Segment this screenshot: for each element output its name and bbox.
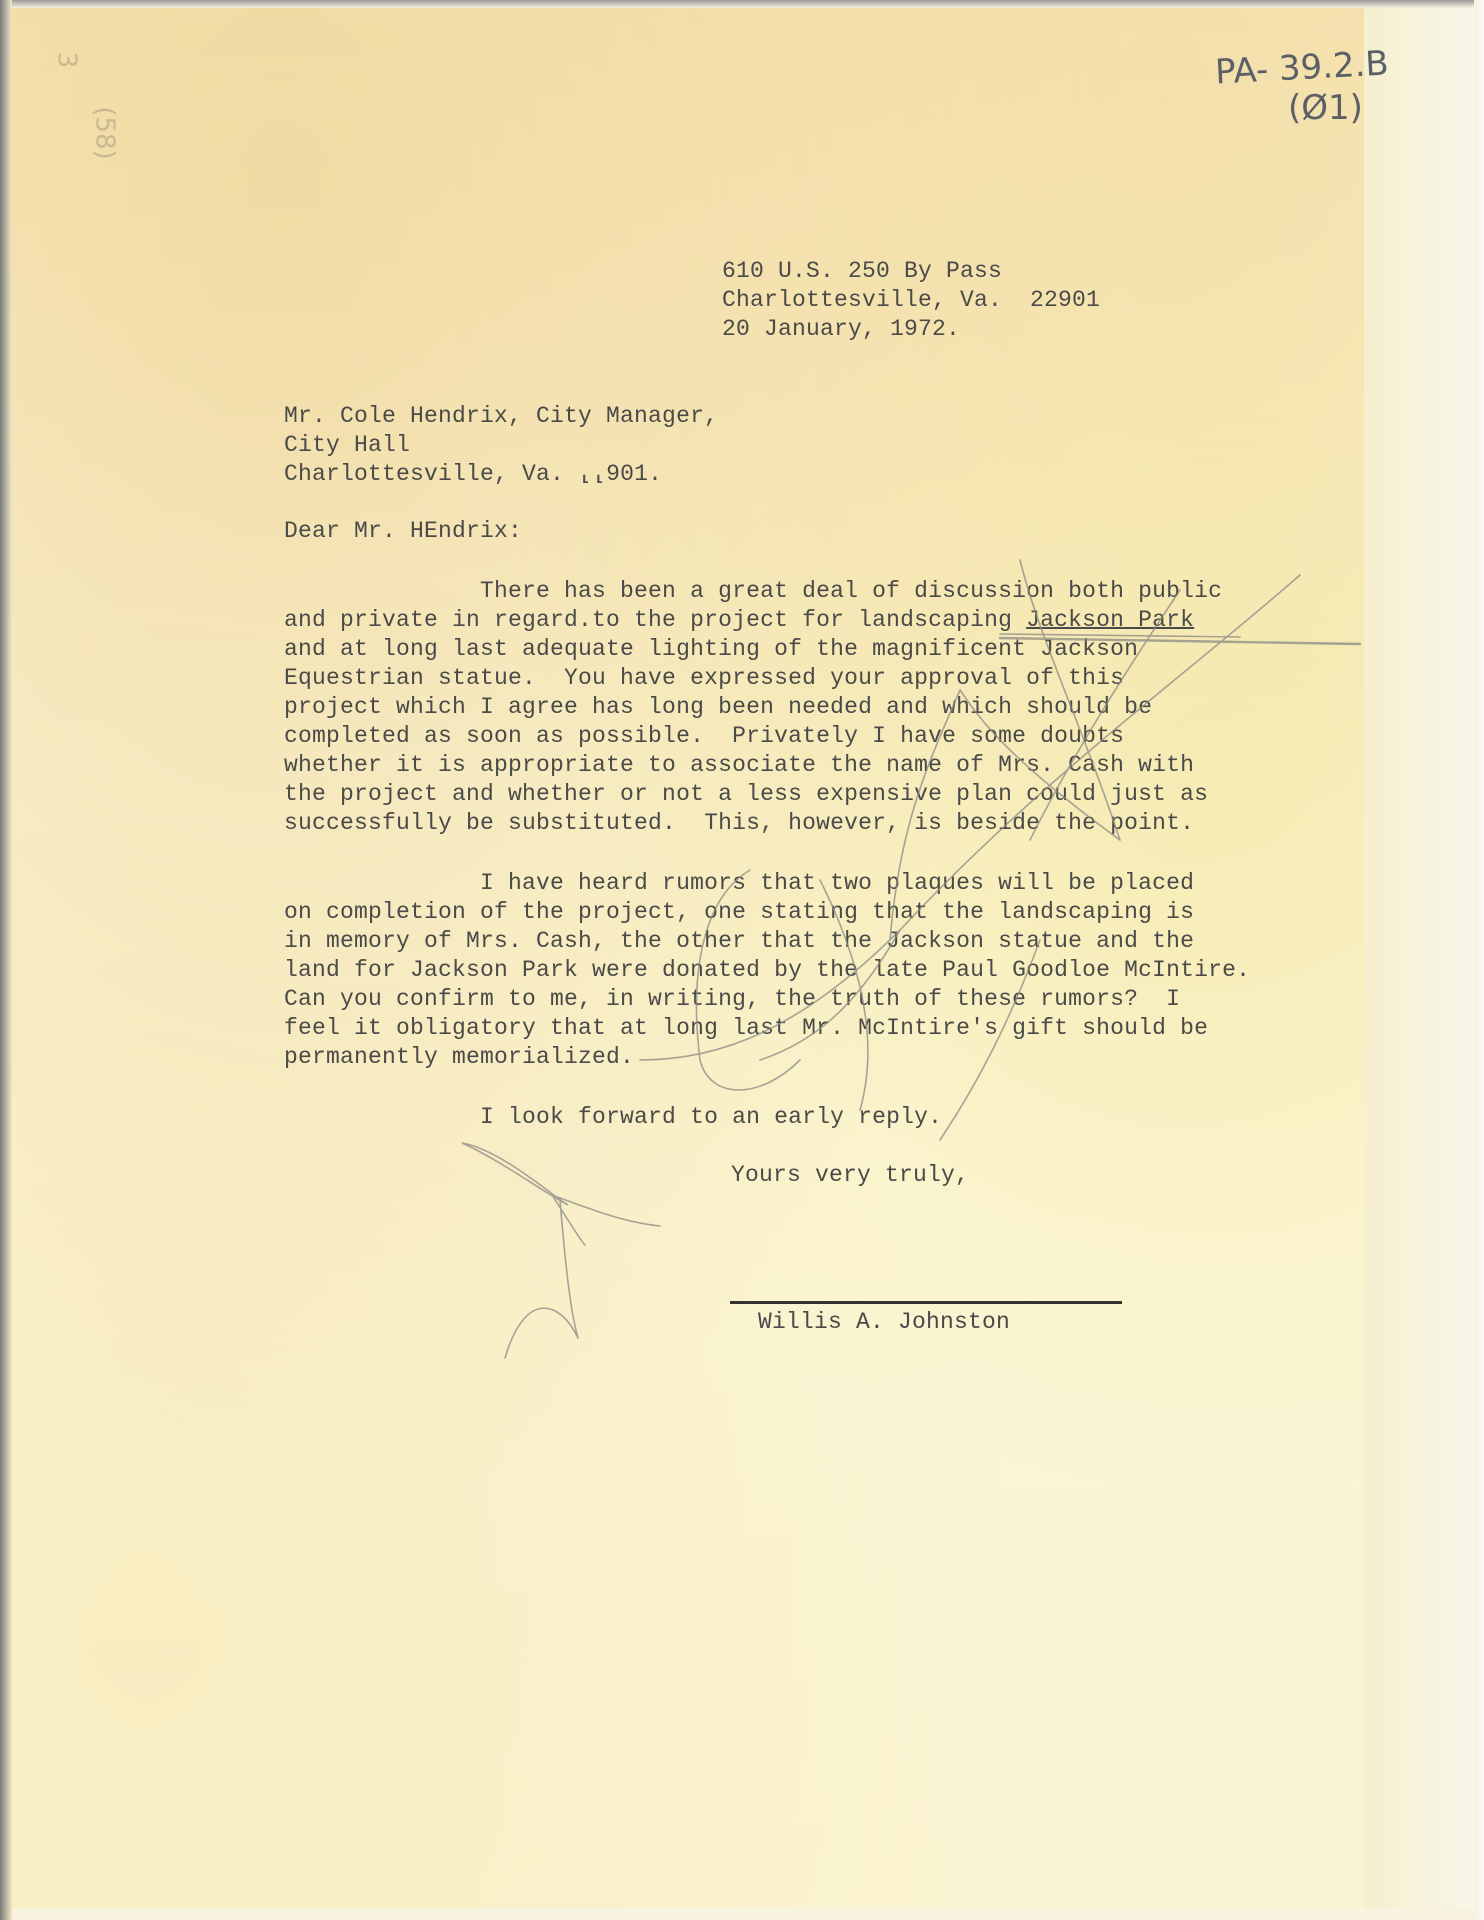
paragraph-line: whether it is appropriate to associate t… [284, 751, 1194, 780]
sender-address-line-1: 610 U.S. 250 By Pass [722, 257, 1002, 286]
signatory-name: Willis A. Johnston [758, 1308, 1010, 1337]
margin-mark-2: (58) [90, 106, 120, 159]
recipient-line-1: Mr. Cole Hendrix, City Manager, [284, 402, 718, 431]
paragraph-line: There has been a great deal of discussio… [284, 577, 1222, 606]
paragraph-line: permanently memorialized. [284, 1043, 634, 1072]
paragraph-line: land for Jackson Park were donated by th… [284, 956, 1250, 985]
sender-address-line-2: Charlottesville, Va. 22901 [722, 286, 1100, 315]
paragraph-line: I have heard rumors that two plaques wil… [284, 869, 1194, 898]
letter-date: 20 January, 1972. [722, 315, 960, 344]
paper-margin-strip [1364, 8, 1474, 1908]
recipient-line-2: City Hall [284, 431, 410, 460]
paragraph-line: in memory of Mrs. Cash, the other that t… [284, 927, 1194, 956]
scan-edge-right [1474, 0, 1484, 1920]
paragraph-line: project which I agree has long been need… [284, 693, 1152, 722]
salutation: Dear Mr. HEndrix: [284, 517, 522, 546]
paragraph-line: successfully be substituted. This, howev… [284, 809, 1194, 838]
paragraph-line: the project and whether or not a less ex… [284, 780, 1208, 809]
margin-mark-1: 3 [51, 52, 81, 69]
paragraph-line: Equestrian statue. You have expressed yo… [284, 664, 1124, 693]
catalog-subnumber: (Ø1) [1288, 88, 1363, 128]
recipient-line-3: Charlottesville, Va. ⸤⸤901. [284, 460, 662, 489]
paragraph-line: and at long last adequate lighting of th… [284, 635, 1138, 664]
paragraph-line-text: and private in regard.to the project for… [284, 607, 1026, 633]
closing-line: I look forward to an early reply. [284, 1103, 942, 1132]
scan-edge-top [0, 0, 1484, 8]
paragraph-line: completed as soon as possible. Privately… [284, 722, 1124, 751]
paragraph-line: Can you confirm to me, in writing, the t… [284, 985, 1180, 1014]
valediction: Yours very truly, [731, 1161, 969, 1190]
underlined-phrase: Jackson Park [1026, 607, 1194, 633]
paragraph-line: and private in regard.to the project for… [284, 606, 1194, 635]
scan-edge-left [0, 0, 12, 1920]
paragraph-line: on completion of the project, one statin… [284, 898, 1194, 927]
paragraph-line: feel it obligatory that at long last Mr.… [284, 1014, 1208, 1043]
signature-line [730, 1301, 1122, 1304]
